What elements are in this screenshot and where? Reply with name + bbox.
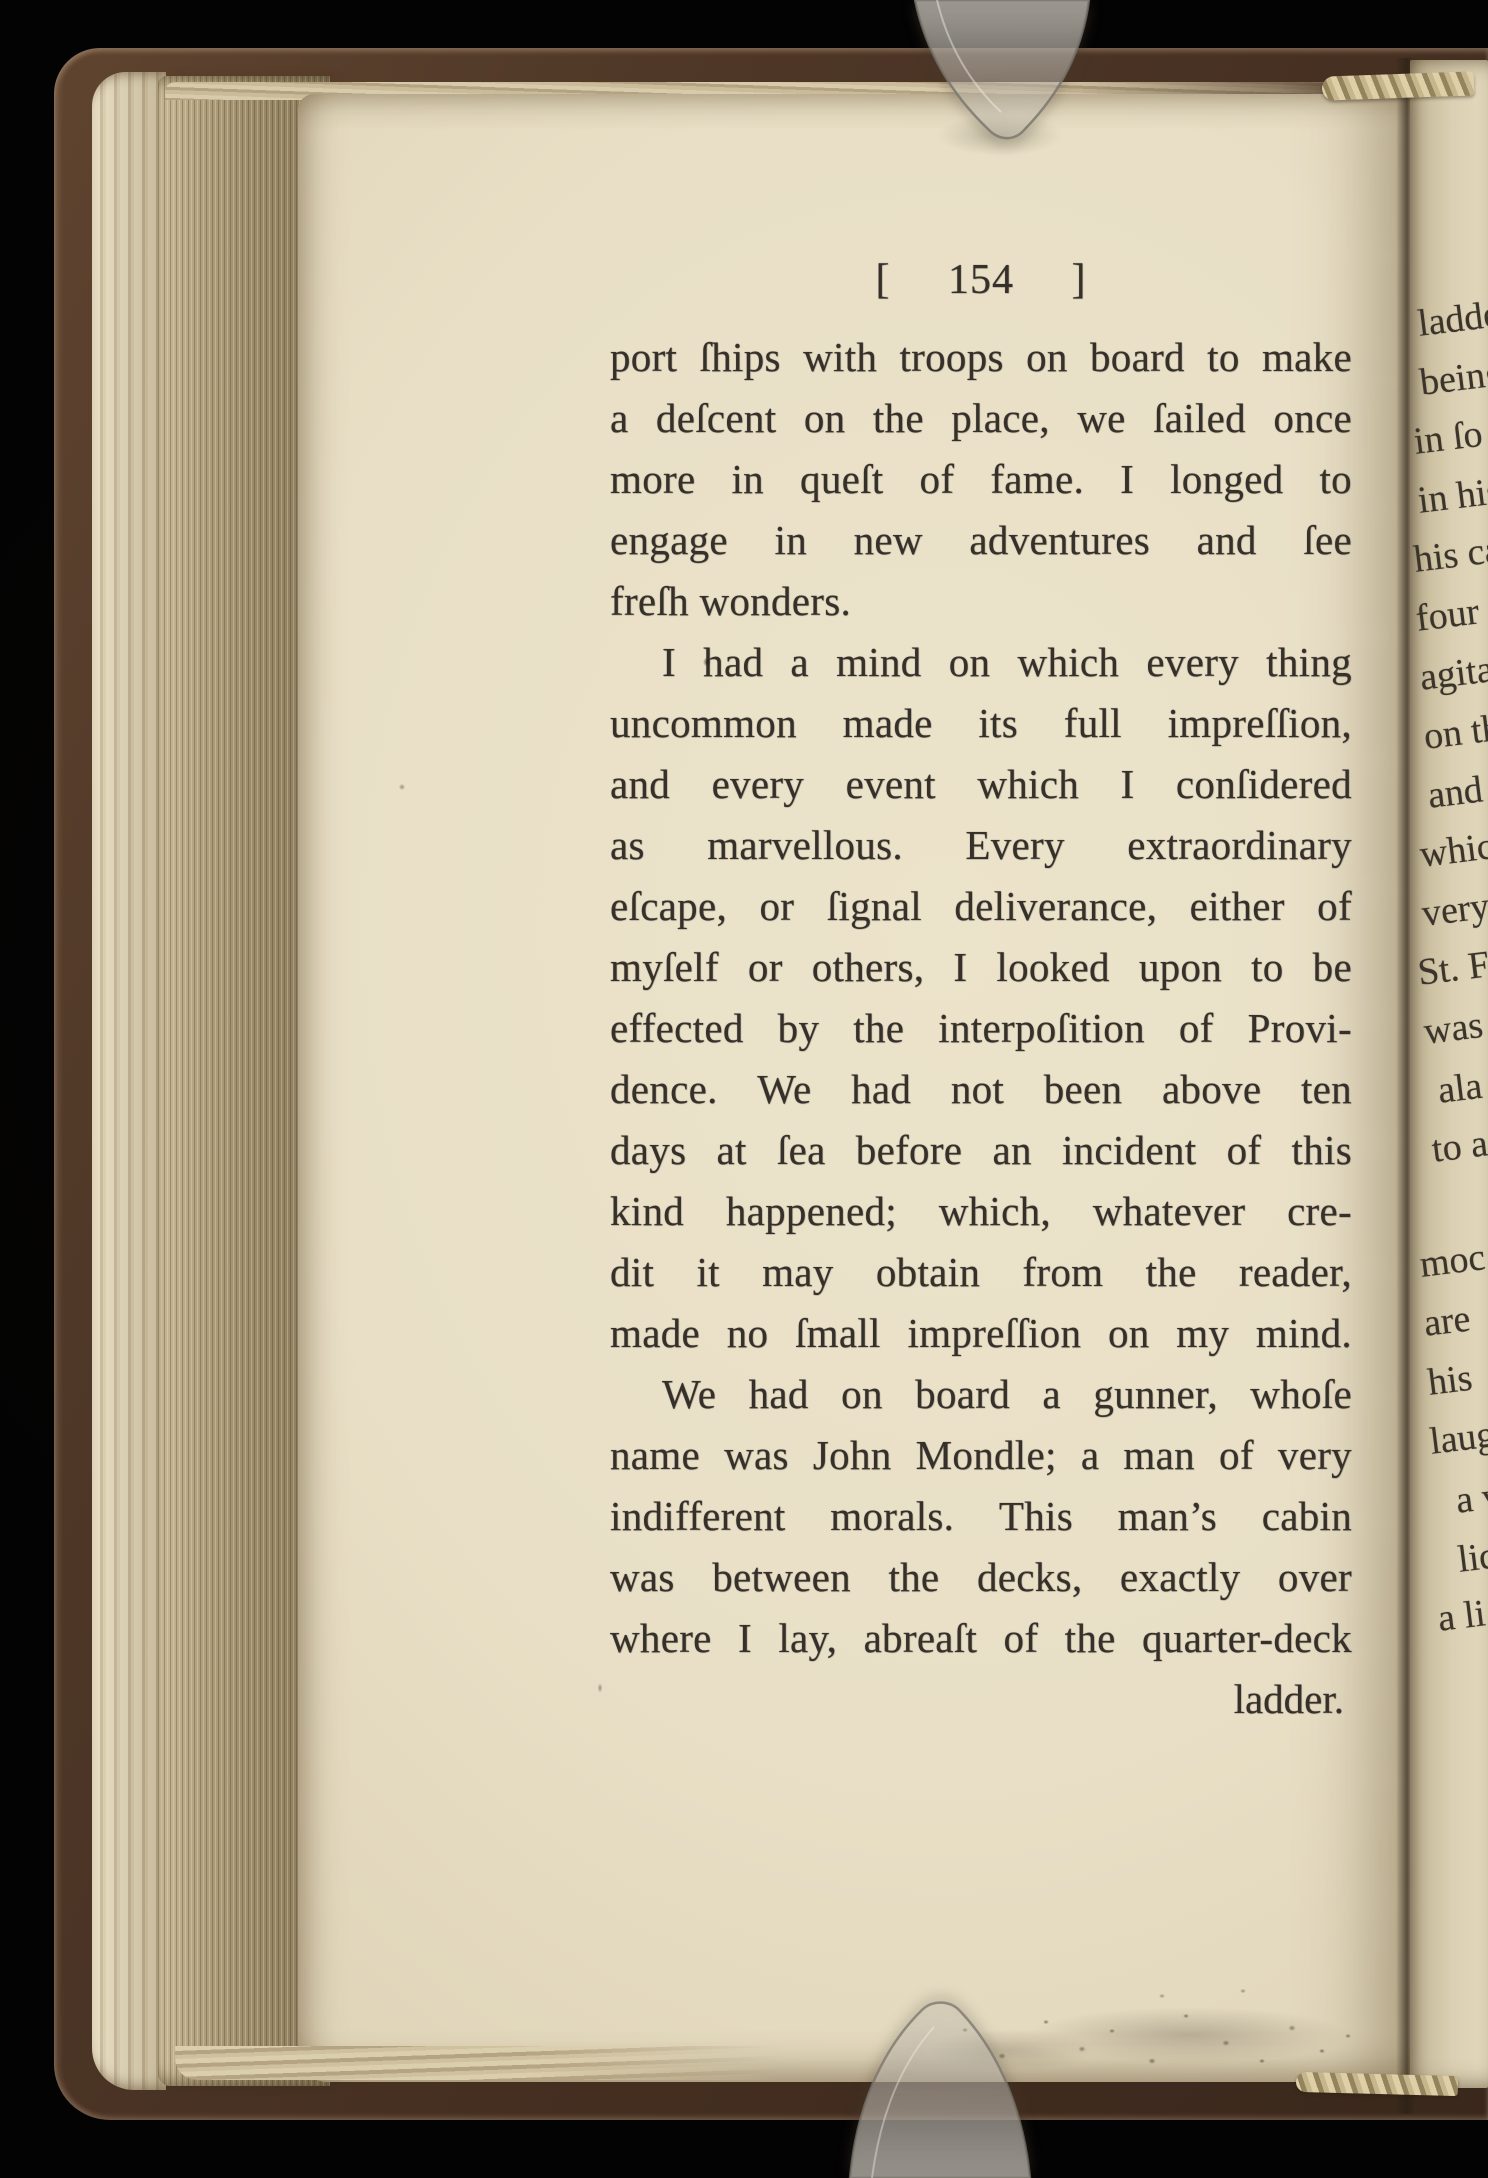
- text-line: kindhappened;which,whatevercre-: [610, 1181, 1352, 1242]
- word: We: [757, 1059, 811, 1120]
- word: extraordinary: [1127, 815, 1352, 876]
- word: of: [1219, 1425, 1254, 1486]
- word: queſt: [800, 449, 883, 510]
- word: on: [1108, 1303, 1150, 1364]
- word: interpoſition: [938, 998, 1145, 1059]
- word: my: [1176, 1303, 1229, 1364]
- word: every: [1146, 632, 1239, 693]
- facing-page-text-line: very: [1420, 886, 1488, 934]
- word: indifferent: [610, 1486, 786, 1547]
- word: uncommon: [610, 693, 797, 754]
- word: of: [1227, 1120, 1262, 1181]
- word: we: [1077, 388, 1125, 449]
- word: which: [1018, 632, 1120, 693]
- word: either: [1190, 876, 1285, 937]
- facing-page-text-line: was: [1422, 1005, 1486, 1052]
- word: fame.: [990, 449, 1084, 510]
- word: thing: [1266, 632, 1352, 693]
- text-line: freſh wonders.: [610, 571, 1352, 632]
- word: been: [1044, 1059, 1123, 1120]
- word: where: [610, 1608, 712, 1669]
- word: I: [1120, 449, 1134, 510]
- facing-page-text-line: in ſo g: [1412, 410, 1488, 462]
- word: or: [748, 937, 783, 998]
- word: in: [731, 449, 764, 510]
- word: before: [856, 1120, 963, 1181]
- facing-page-text-line: four o: [1414, 588, 1488, 639]
- word: I: [662, 632, 676, 693]
- word: or: [760, 876, 795, 937]
- text-line: adeſcentontheplace,weſailedonce: [610, 388, 1352, 449]
- word: man’s: [1118, 1486, 1217, 1547]
- facing-page-text-line: a li: [1436, 1593, 1488, 1638]
- text-line: eſcape,orſignaldeliverance,eitherof: [610, 876, 1352, 937]
- word: incident: [1062, 1120, 1196, 1181]
- facing-page-text-line: laug: [1428, 1414, 1488, 1462]
- word: ten: [1301, 1059, 1352, 1120]
- word: to: [1319, 449, 1352, 510]
- word: and: [610, 754, 670, 815]
- word: it: [696, 1242, 719, 1303]
- word: to: [1207, 327, 1240, 388]
- word: impreſſion: [907, 1303, 1081, 1364]
- word: morals.: [830, 1486, 954, 1547]
- word: deliverance,: [954, 876, 1157, 937]
- text-line: namewasJohnMondle;amanofvery: [610, 1425, 1352, 1486]
- word: gunner,: [1093, 1364, 1218, 1425]
- facing-page-text-line: St. F: [1416, 944, 1488, 992]
- word: decks,: [977, 1547, 1082, 1608]
- word: between: [712, 1547, 851, 1608]
- word: ſignal: [827, 876, 922, 937]
- word: deſcent: [656, 388, 776, 449]
- text-line: wasbetweenthedecks,exactlyover: [610, 1547, 1352, 1608]
- word: on: [949, 632, 991, 693]
- facing-page-text-line: ala: [1436, 1066, 1485, 1111]
- word: troops: [899, 327, 1003, 388]
- facing-page-text-line: in his: [1416, 471, 1488, 521]
- word: I: [1120, 754, 1134, 815]
- word: ſea: [777, 1120, 826, 1181]
- word: mind: [836, 632, 921, 693]
- word: quarter-deck: [1142, 1608, 1352, 1669]
- text-line: Wehadonboardagunner,whoſe: [610, 1364, 1352, 1425]
- word: new: [854, 510, 923, 571]
- word: whoſe: [1250, 1364, 1352, 1425]
- word: dit: [610, 1242, 654, 1303]
- text-line: portſhipswithtroopsonboardtomake: [610, 327, 1352, 388]
- word: eſcape,: [610, 876, 727, 937]
- text-line: dititmayobtainfromthereader,: [610, 1242, 1352, 1303]
- word: conſidered: [1176, 754, 1352, 815]
- word: on: [804, 388, 846, 449]
- text-line: indifferentmorals.Thisman’scabin: [610, 1486, 1352, 1547]
- word: engage: [610, 510, 728, 571]
- word: very: [1278, 1425, 1352, 1486]
- word: and: [1197, 510, 1257, 571]
- word: looked: [996, 937, 1109, 998]
- catchword: ladder.: [610, 1669, 1352, 1730]
- loose-page-edges: [92, 72, 166, 2090]
- word: ſee: [1303, 510, 1352, 571]
- word: days: [610, 1120, 686, 1181]
- word: the: [853, 998, 904, 1059]
- word: others,: [812, 937, 925, 998]
- bottom-page-edges: [175, 2046, 815, 2080]
- word: the: [1146, 1242, 1197, 1303]
- word: by: [778, 998, 820, 1059]
- facing-page-text-line: being: [1418, 353, 1488, 403]
- text-line: asmarvellous.Everyextraordinary: [610, 815, 1352, 876]
- photo-stage: [ 154 ] portſhipswithtroopsonboardtomake…: [0, 0, 1488, 2178]
- text-line: myſelforothers,Ilookedupontobe: [610, 937, 1352, 998]
- word: a: [610, 388, 629, 449]
- word: port: [610, 327, 677, 388]
- word: make: [1262, 327, 1352, 388]
- facing-page-text: laddebeingin ſo gin hishis cafour oagita…: [1414, 0, 1488, 2178]
- word: board: [1090, 327, 1185, 388]
- word: abreaſt: [864, 1608, 978, 1669]
- word: I: [738, 1608, 752, 1669]
- word: a: [790, 632, 809, 693]
- word: adventures: [969, 510, 1150, 571]
- word: on: [841, 1364, 883, 1425]
- word: This: [999, 1486, 1073, 1547]
- word: was: [610, 1547, 675, 1608]
- word: board: [915, 1364, 1010, 1425]
- word: from: [1022, 1242, 1103, 1303]
- page-text: portſhipswithtroopsonboardtomakeadeſcent…: [610, 327, 1352, 1730]
- word: reader,: [1239, 1242, 1352, 1303]
- word: mind.: [1256, 1303, 1352, 1364]
- text-line: madenoſmallimpreſſiononmymind.: [610, 1303, 1352, 1364]
- word: at: [717, 1120, 747, 1181]
- word: exactly: [1120, 1547, 1240, 1608]
- facing-page-text-line: moc: [1418, 1237, 1488, 1285]
- word: ſmall: [795, 1303, 881, 1364]
- word: Mondle;: [916, 1425, 1057, 1486]
- word: more: [610, 449, 695, 510]
- facing-page-text-line: on th: [1422, 708, 1488, 757]
- word: made: [610, 1303, 700, 1364]
- word: Every: [965, 815, 1064, 876]
- word: happened;: [726, 1181, 897, 1242]
- word: place,: [951, 388, 1050, 449]
- text-line: dence.Wehadnotbeenaboveten: [610, 1059, 1352, 1120]
- word: man: [1123, 1425, 1195, 1486]
- word: John: [813, 1425, 892, 1486]
- word: every: [712, 754, 805, 815]
- word: ſhips: [700, 327, 781, 388]
- word: upon: [1139, 937, 1222, 998]
- word: of: [1004, 1608, 1039, 1669]
- word: the: [873, 388, 924, 449]
- facing-page-text-line: his ca: [1412, 529, 1488, 579]
- word: had: [749, 1364, 809, 1425]
- word: a: [1081, 1425, 1100, 1486]
- word: the: [888, 1547, 939, 1608]
- word: with: [803, 327, 877, 388]
- text-line: engageinnewadventuresandſee: [610, 510, 1352, 571]
- word: cabin: [1262, 1486, 1352, 1547]
- word: of: [1179, 998, 1214, 1059]
- word: I: [953, 937, 967, 998]
- text-line: andeveryeventwhichIconſidered: [610, 754, 1352, 815]
- text-line: Ihadamindonwhicheverything: [610, 632, 1352, 693]
- facing-page-text-line: ladde: [1416, 294, 1488, 344]
- word: over: [1278, 1547, 1352, 1608]
- word: not: [951, 1059, 1004, 1120]
- word: name: [610, 1425, 700, 1486]
- word: to: [1251, 937, 1284, 998]
- word: once: [1273, 388, 1352, 449]
- word: its: [978, 693, 1018, 754]
- facing-page-text-line: to a: [1430, 1123, 1488, 1170]
- word: marvellous.: [707, 815, 903, 876]
- word: lay,: [778, 1608, 837, 1669]
- facing-page-text-line: and: [1426, 769, 1485, 815]
- word: made: [843, 693, 933, 754]
- word: which: [977, 754, 1079, 815]
- word: myſelf: [610, 937, 719, 998]
- word: of: [920, 449, 955, 510]
- word: whatever: [1093, 1181, 1246, 1242]
- facing-page-text-line: liq: [1456, 1535, 1488, 1580]
- facing-page-text-line: agita: [1418, 649, 1488, 698]
- word: full: [1064, 693, 1122, 754]
- word: this: [1292, 1120, 1352, 1181]
- page-number: [ 154 ]: [610, 250, 1352, 310]
- word: kind: [610, 1181, 684, 1242]
- word: We: [662, 1364, 716, 1425]
- word: as: [610, 815, 645, 876]
- word: an: [992, 1120, 1031, 1181]
- word: above: [1162, 1059, 1261, 1120]
- facing-page-text-line: his: [1426, 1358, 1475, 1403]
- text-line: uncommonmadeitsfullimpreſſion,: [610, 693, 1352, 754]
- word: be: [1313, 937, 1352, 998]
- book-clamp-bottom: [836, 1993, 1036, 2178]
- book-clamp-top: [905, 0, 1095, 160]
- word: in: [775, 510, 808, 571]
- word: had: [703, 632, 763, 693]
- word: which,: [939, 1181, 1051, 1242]
- word: effected: [610, 998, 744, 1059]
- word: may: [762, 1242, 834, 1303]
- word: cre-: [1287, 1181, 1352, 1242]
- word: event: [846, 754, 936, 815]
- word: had: [851, 1059, 911, 1120]
- word: Provi-: [1248, 998, 1352, 1059]
- facing-page-text-line: are: [1422, 1298, 1473, 1343]
- text-line: whereIlay,abreaſtofthequarter-deck: [610, 1608, 1352, 1669]
- word: no: [727, 1303, 769, 1364]
- word: of: [1317, 876, 1352, 937]
- word: the: [1065, 1608, 1116, 1669]
- facing-page-text-line: a v: [1454, 1476, 1488, 1521]
- word: longed: [1170, 449, 1283, 510]
- word: ſailed: [1153, 388, 1246, 449]
- word: obtain: [876, 1242, 980, 1303]
- clamp-top-body: [915, 0, 1089, 138]
- word: was: [724, 1425, 789, 1486]
- text-line: moreinqueſtoffame.Ilongedto: [610, 449, 1352, 510]
- text-line: effectedbytheinterpoſitionofProvi-: [610, 998, 1352, 1059]
- word: on: [1026, 327, 1068, 388]
- word: dence.: [610, 1059, 718, 1120]
- text-line: daysatſeabeforeanincidentofthis: [610, 1120, 1352, 1181]
- word: a: [1042, 1364, 1061, 1425]
- word: impreſſion,: [1168, 693, 1352, 754]
- facing-page-text-line: whic: [1418, 826, 1488, 875]
